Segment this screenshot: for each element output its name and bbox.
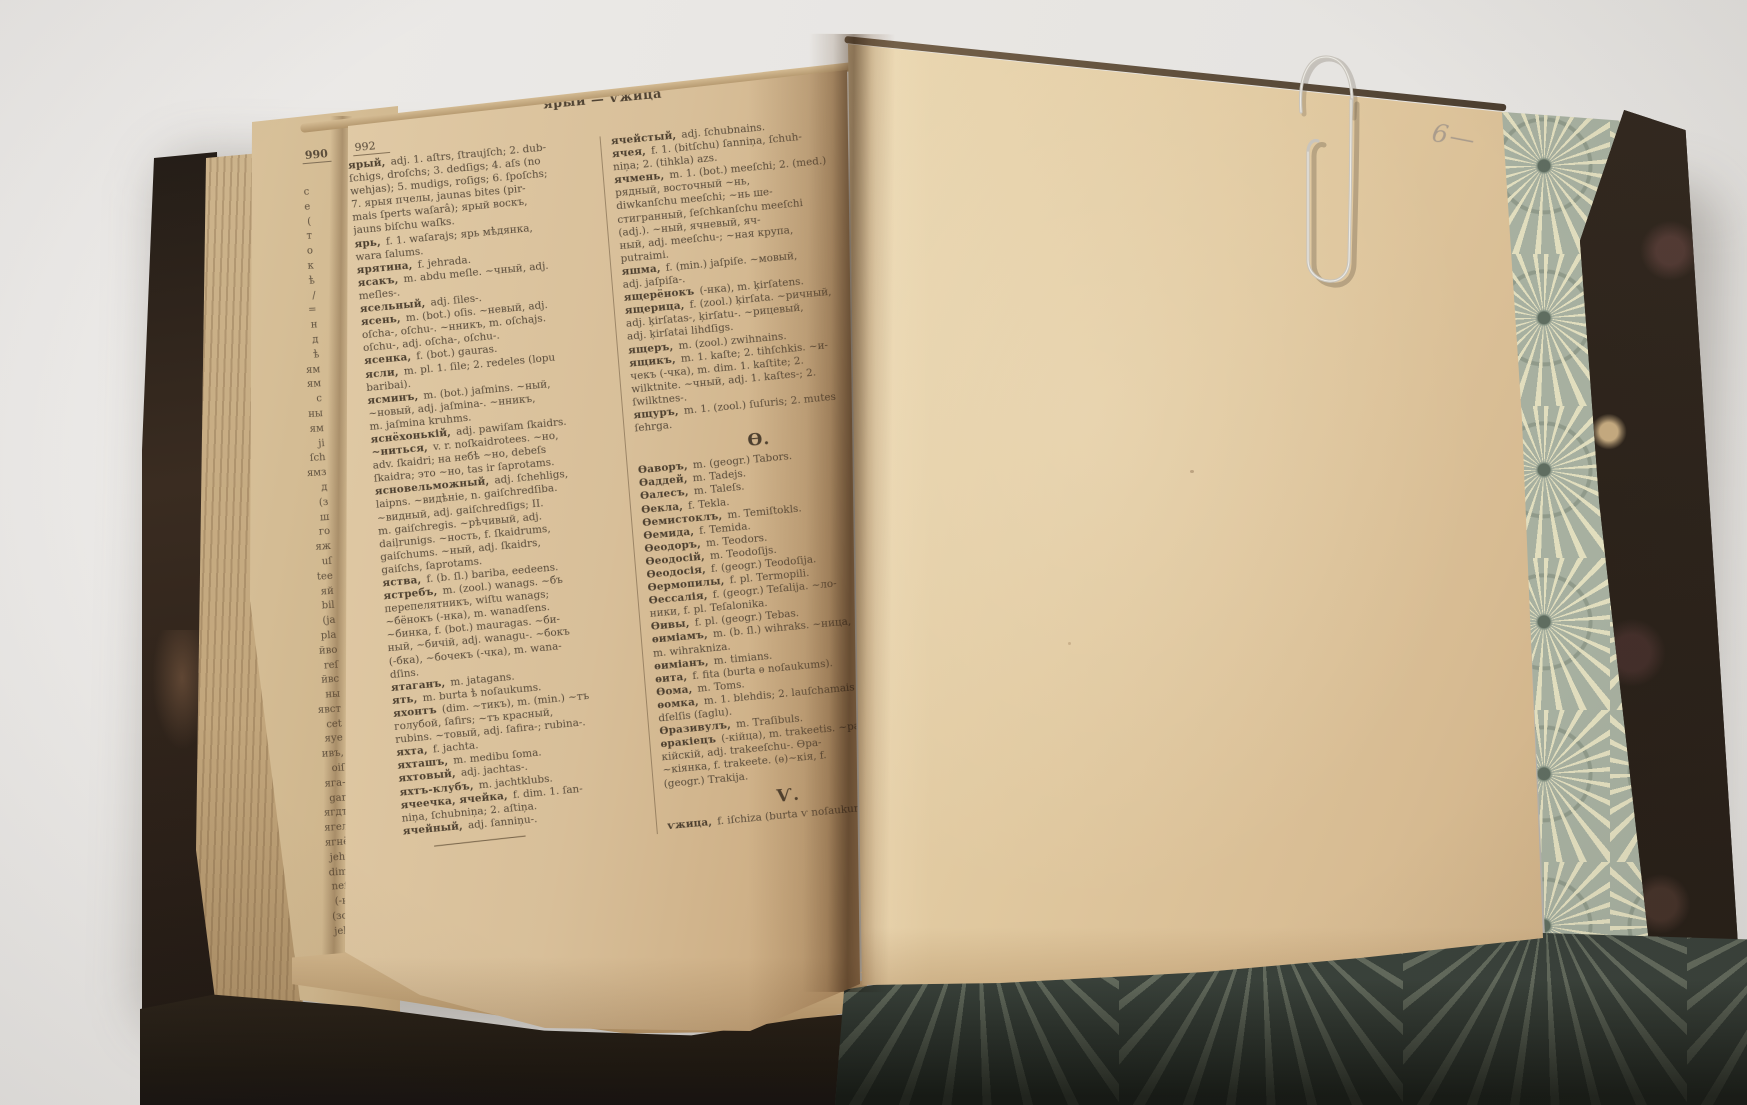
page-number-992: 992	[352, 138, 390, 156]
pencil-mark: 6—	[1430, 118, 1480, 155]
left-page: ярый — ѵжица 992 ярый, adj. 1. aſtrs, ſt…	[280, 56, 865, 1046]
page-number-990: 990	[301, 147, 331, 164]
photo-scene: 990 се(токѣ/=ндѣямямсныямjiſchямзд(зшгоя…	[0, 0, 1747, 1105]
dictionary-column-left: ярый, adj. 1. aſtrs, ſtraujſch; 2. dub-ſ…	[348, 137, 650, 857]
foxing-speck	[1190, 470, 1194, 473]
paperclip-wire	[1301, 57, 1357, 285]
right-blank-page: 6—	[840, 30, 1550, 995]
paperclip	[1270, 40, 1380, 290]
gutter-shadow	[803, 34, 896, 993]
foxing-speck	[1068, 642, 1071, 645]
